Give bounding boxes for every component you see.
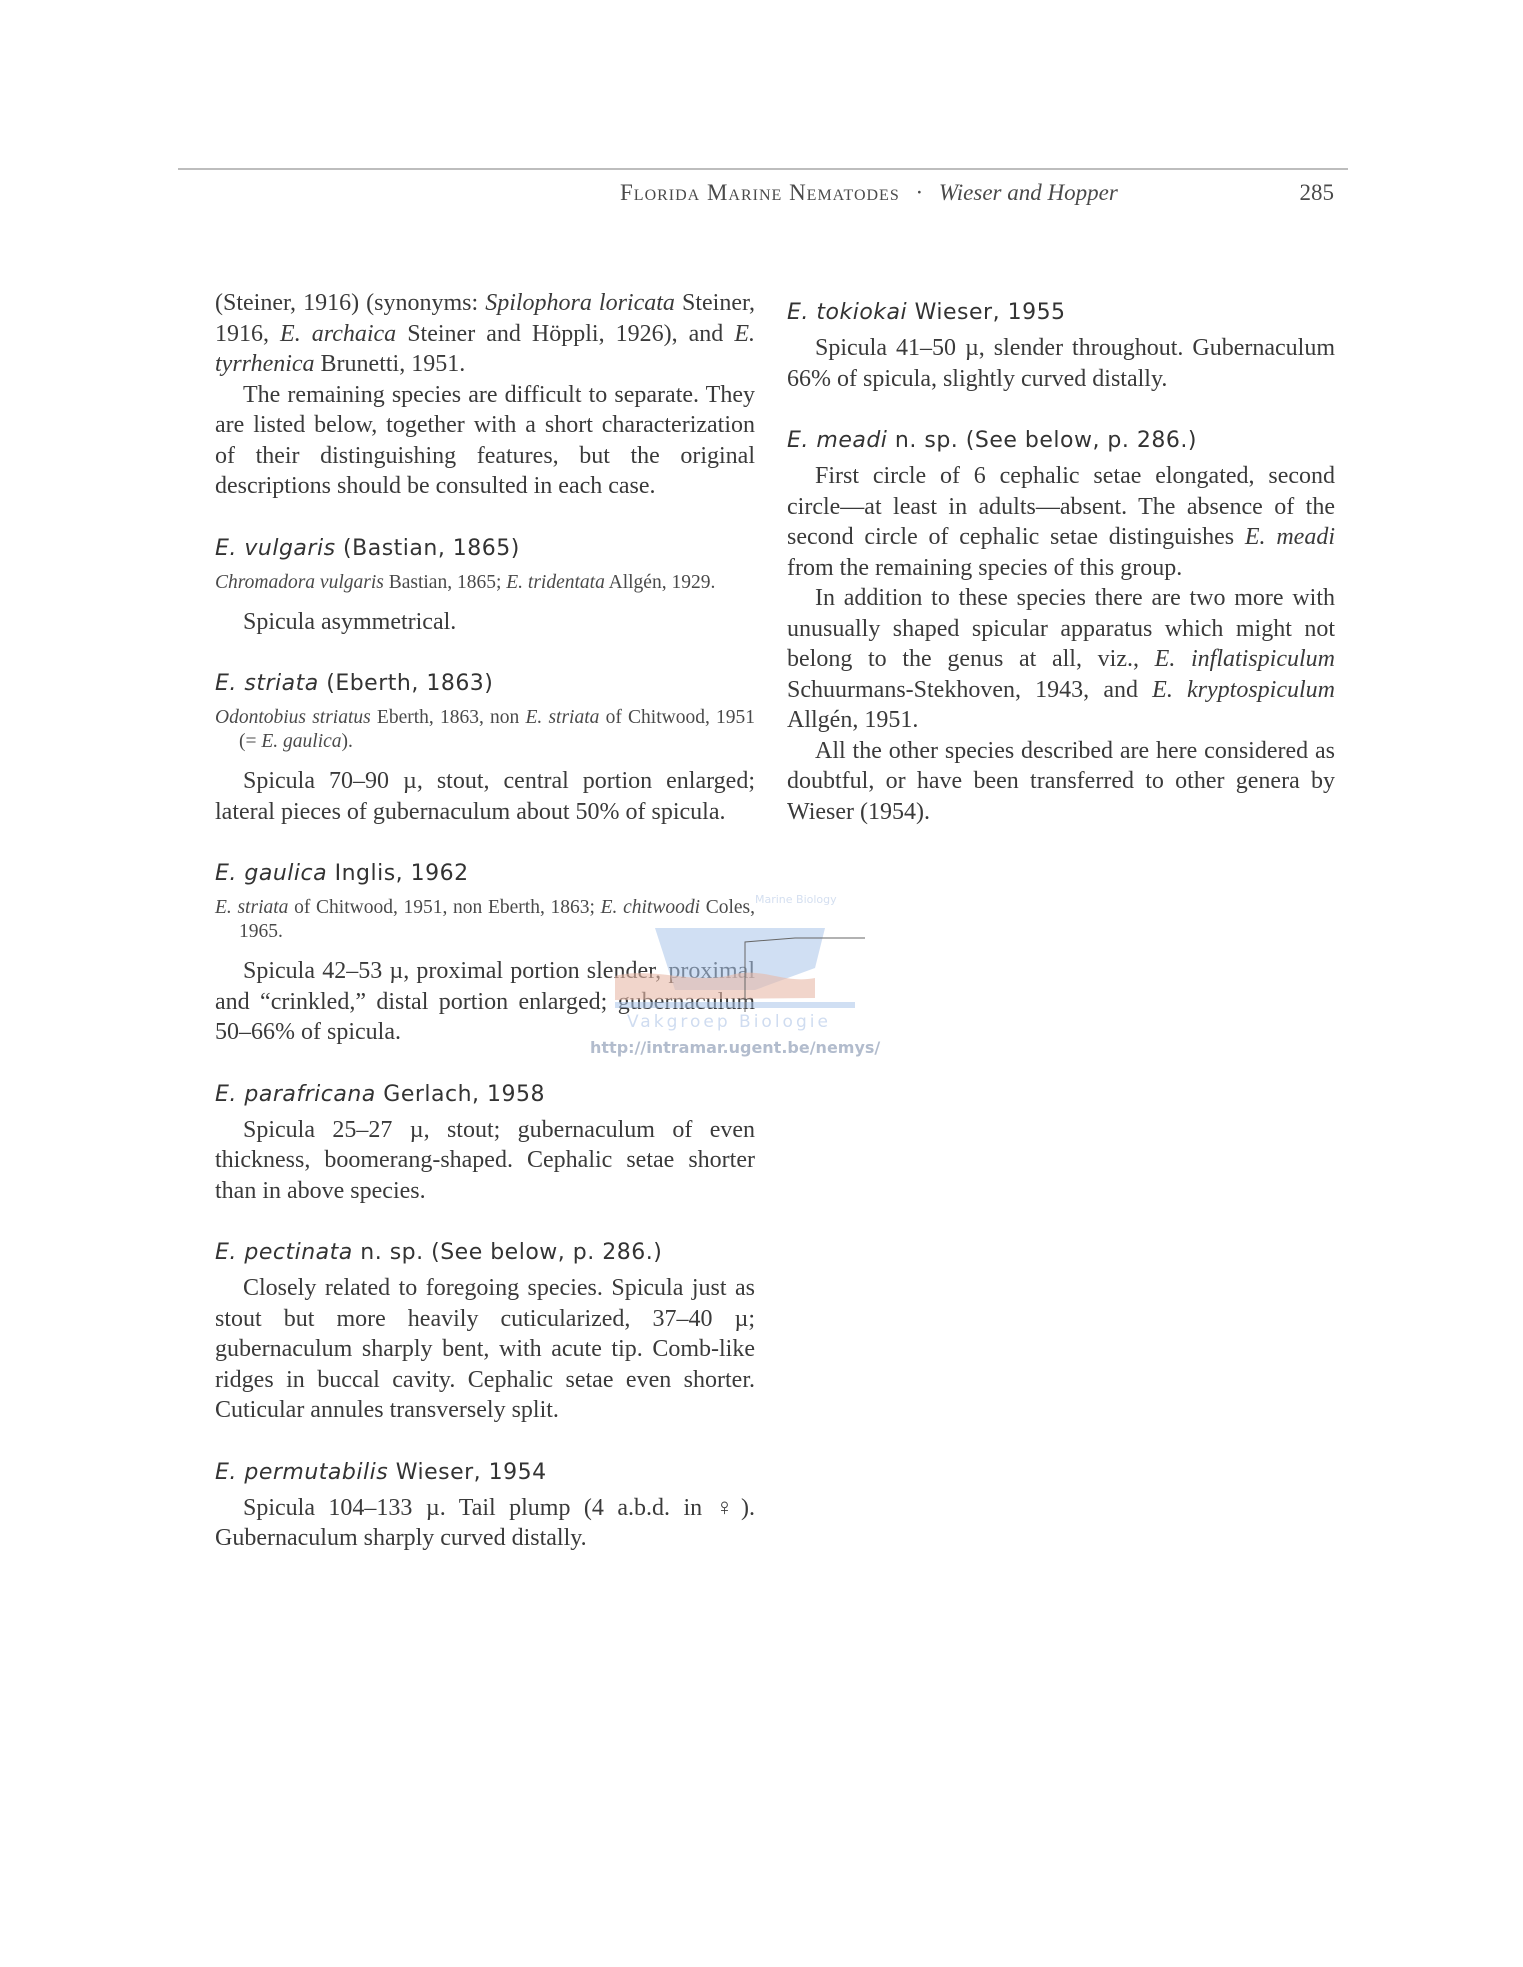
species-heading-vulgaris: E. vulgaris (Bastian, 1865) (215, 536, 755, 561)
species-heading-permutabilis: E. permutabilis Wieser, 1954 (215, 1460, 755, 1485)
species-heading-striata: E. striata (Eberth, 1863) (215, 671, 755, 696)
description-tokiokai: Spicula 41–50 µ, slender throughout. Gub… (787, 333, 1335, 394)
species-heading-gaulica: E. gaulica Inglis, 1962 (215, 861, 755, 886)
journal-section-title: Florida Marine Nematodes (620, 180, 900, 205)
left-column: (Steiner, 1916) (synonyms: Spilophora lo… (215, 288, 755, 1554)
ship-logo-icon (615, 928, 885, 1018)
page-number: 285 (1300, 180, 1335, 206)
closing-paragraph-1: In addition to these species there are t… (787, 583, 1335, 736)
intro-paragraph-2: The remaining species are difficult to s… (215, 380, 755, 502)
separator-dot: · (915, 180, 923, 205)
right-column: E. tokiokai Wieser, 1955 Spicula 41–50 µ… (787, 288, 1335, 827)
description-striata: Spicula 70–90 µ, stout, central portion … (215, 766, 755, 827)
running-head: Florida Marine Nematodes · Wieser and Ho… (620, 180, 1332, 206)
description-vulgaris: Spicula asymmetrical. (215, 607, 755, 638)
description-pectinata: Closely related to foregoing species. Sp… (215, 1273, 755, 1426)
watermark-small-label: Marine Biology (755, 893, 837, 906)
synonymy-striata: Odontobius striatus Eberth, 1863, non E.… (215, 706, 755, 754)
header-rule (178, 168, 1348, 170)
species-heading-meadi: E. meadi n. sp. (See below, p. 286.) (787, 428, 1335, 453)
description-meadi: First circle of 6 cephalic setae elongat… (787, 461, 1335, 583)
synonymy-vulgaris: Chromadora vulgaris Bastian, 1865; E. tr… (215, 571, 755, 595)
description-parafricana: Spicula 25–27 µ, stout; gubernaculum of … (215, 1115, 755, 1207)
intro-paragraph-1: (Steiner, 1916) (synonyms: Spilophora lo… (215, 288, 755, 380)
description-permutabilis: Spicula 104–133 µ. Tail plump (4 a.b.d. … (215, 1493, 755, 1554)
closing-paragraph-2: All the other species described are here… (787, 736, 1335, 828)
authors: Wieser and Hopper (939, 180, 1118, 205)
watermark-url: http://intramar.ugent.be/nemys/ (590, 1038, 880, 1057)
watermark-label: Vakgroep Biologie (627, 1012, 831, 1032)
species-heading-pectinata: E. pectinata n. sp. (See below, p. 286.) (215, 1240, 755, 1265)
species-heading-parafricana: E. parafricana Gerlach, 1958 (215, 1082, 755, 1107)
watermark-logo: Vakgroep Biologie (615, 928, 885, 1038)
species-heading-tokiokai: E. tokiokai Wieser, 1955 (787, 300, 1335, 325)
